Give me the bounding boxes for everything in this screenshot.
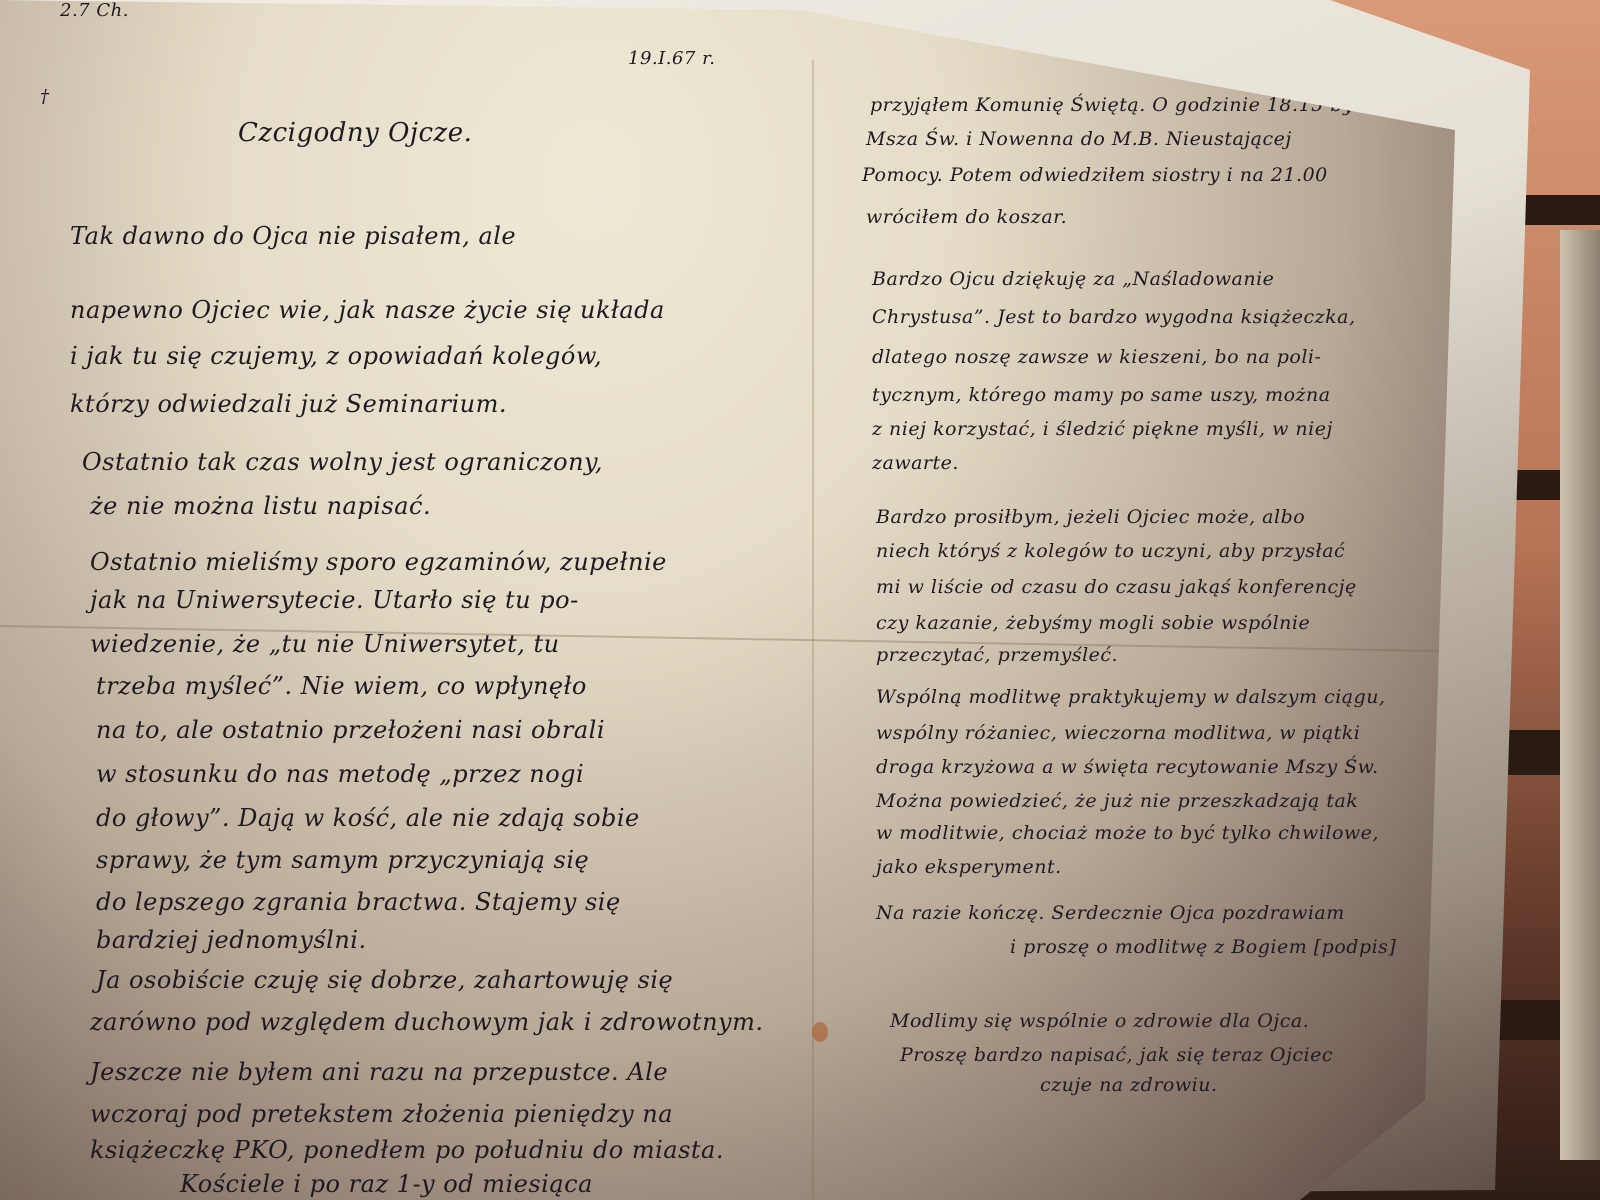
text-line: wspólny różaniec, wieczorna modlitwa, w … (876, 722, 1360, 744)
text-line: wiedzenie, że „tu nie Uniwersytet, tu (90, 630, 560, 658)
text-line: jako eksperyment. (876, 856, 1062, 878)
text-line: Msza Św. i Nowenna do M.B. Nieustającej (866, 128, 1292, 150)
text-line: w stosunku do nas metodę „przez nogi (96, 760, 584, 788)
cross-mark: † (40, 86, 50, 107)
text-line: trzeba myśleć”. Nie wiem, co wpłynęło (96, 672, 587, 700)
text-line: napewno Ojciec wie, jak nasze życie się … (70, 296, 665, 324)
text-line: wczoraj pod pretekstem złożenia pieniędz… (90, 1100, 673, 1128)
text-line: tycznym, którego mamy po same uszy, możn… (872, 384, 1331, 406)
text-line: czy kazanie, żebyśmy mogli sobie wspólni… (876, 612, 1310, 634)
text-line: Chrystusa”. Jest to bardzo wygodna książ… (872, 306, 1356, 328)
text-line: do lepszego zgrania bractwa. Stajemy się (96, 888, 621, 916)
text-line: Bardzo Ojcu dziękuję za „Naśladowanie (872, 268, 1274, 290)
text-line: dlatego noszę zawsze w kieszeni, bo na p… (872, 346, 1321, 368)
ink-stain (812, 1022, 828, 1042)
letter-paper: 2.7 Ch. 19.I.67 r. † Czcigodny Ojcze. Ta… (0, 0, 1480, 1200)
text-line: Jeszcze nie byłem ani razu na przepustce… (90, 1058, 668, 1086)
text-line: że nie można listu napisać. (90, 492, 431, 520)
text-line: Bardzo prosiłbym, jeżeli Ojciec może, al… (876, 506, 1305, 528)
text-line: niech któryś z kolegów to uczyni, aby pr… (876, 540, 1345, 562)
text-line: mi w liście od czasu do czasu jakąś konf… (876, 576, 1357, 598)
text-line: Wspólną modlitwę praktykujemy w dalszym … (876, 686, 1386, 708)
text-line: w modlitwie, chociaż może to być tylko c… (876, 822, 1379, 844)
text-line: i jak tu się czujemy, z opowiadań kolegó… (70, 342, 602, 370)
postscript-line: czuje na zdrowiu. (1040, 1074, 1217, 1096)
text-line: z niej korzystać, i śledzić piękne myśli… (872, 418, 1333, 440)
text-line: Ja osobiście czuję się dobrze, zahartowu… (96, 966, 673, 994)
text-line: zawarte. (872, 452, 959, 474)
text-line: Kościele i po raz 1-y od miesiąca (180, 1170, 593, 1198)
salutation: Czcigodny Ojcze. (238, 118, 472, 148)
corner-note: 2.7 Ch. (60, 0, 129, 21)
text-line: Pomocy. Potem odwiedziłem siostry i na 2… (862, 164, 1328, 186)
text-line: wróciłem do koszar. (866, 206, 1067, 228)
text-line: Tak dawno do Ojca nie pisałem, ale (70, 222, 516, 250)
letter-date: 19.I.67 r. (628, 48, 715, 69)
text-line: książeczkę PKO, ponedłem po południu do … (90, 1136, 724, 1164)
text-line: Ostatnio mieliśmy sporo egzaminów, zupeł… (90, 548, 667, 576)
text-line: sprawy, że tym samym przyczyniają się (96, 846, 589, 874)
text-line: Można powiedzieć, że już nie przeszkadza… (876, 790, 1358, 812)
text-line: zarówno pod względem duchowym jak i zdro… (90, 1008, 764, 1036)
text-line: bardziej jednomyślni. (96, 926, 367, 954)
text-line: którzy odwiedzali już Seminarium. (70, 390, 507, 418)
postscript-line: Proszę bardzo napisać, jak się teraz Ojc… (900, 1044, 1333, 1066)
adjacent-sheet-edge (1560, 230, 1600, 1160)
closing-line: Na razie kończę. Serdecznie Ojca pozdraw… (876, 902, 1345, 924)
closing-signature-line: i proszę o modlitwę z Bogiem [podpis] (1010, 936, 1396, 958)
text-line: do głowy”. Dają w kość, ale nie zdają so… (96, 804, 640, 832)
text-line: na to, ale ostatnio przełożeni nasi obra… (96, 716, 605, 744)
text-line: jak na Uniwersytecie. Utarło się tu po- (90, 586, 579, 614)
text-line: Ostatnio tak czas wolny jest ograniczony… (82, 448, 603, 476)
postscript-line: Modlimy się wspólnie o zdrowie dla Ojca. (890, 1010, 1309, 1032)
text-line: droga krzyżowa a w święta recytowanie Ms… (876, 756, 1379, 778)
text-line: przeczytać, przemyśleć. (876, 644, 1118, 666)
